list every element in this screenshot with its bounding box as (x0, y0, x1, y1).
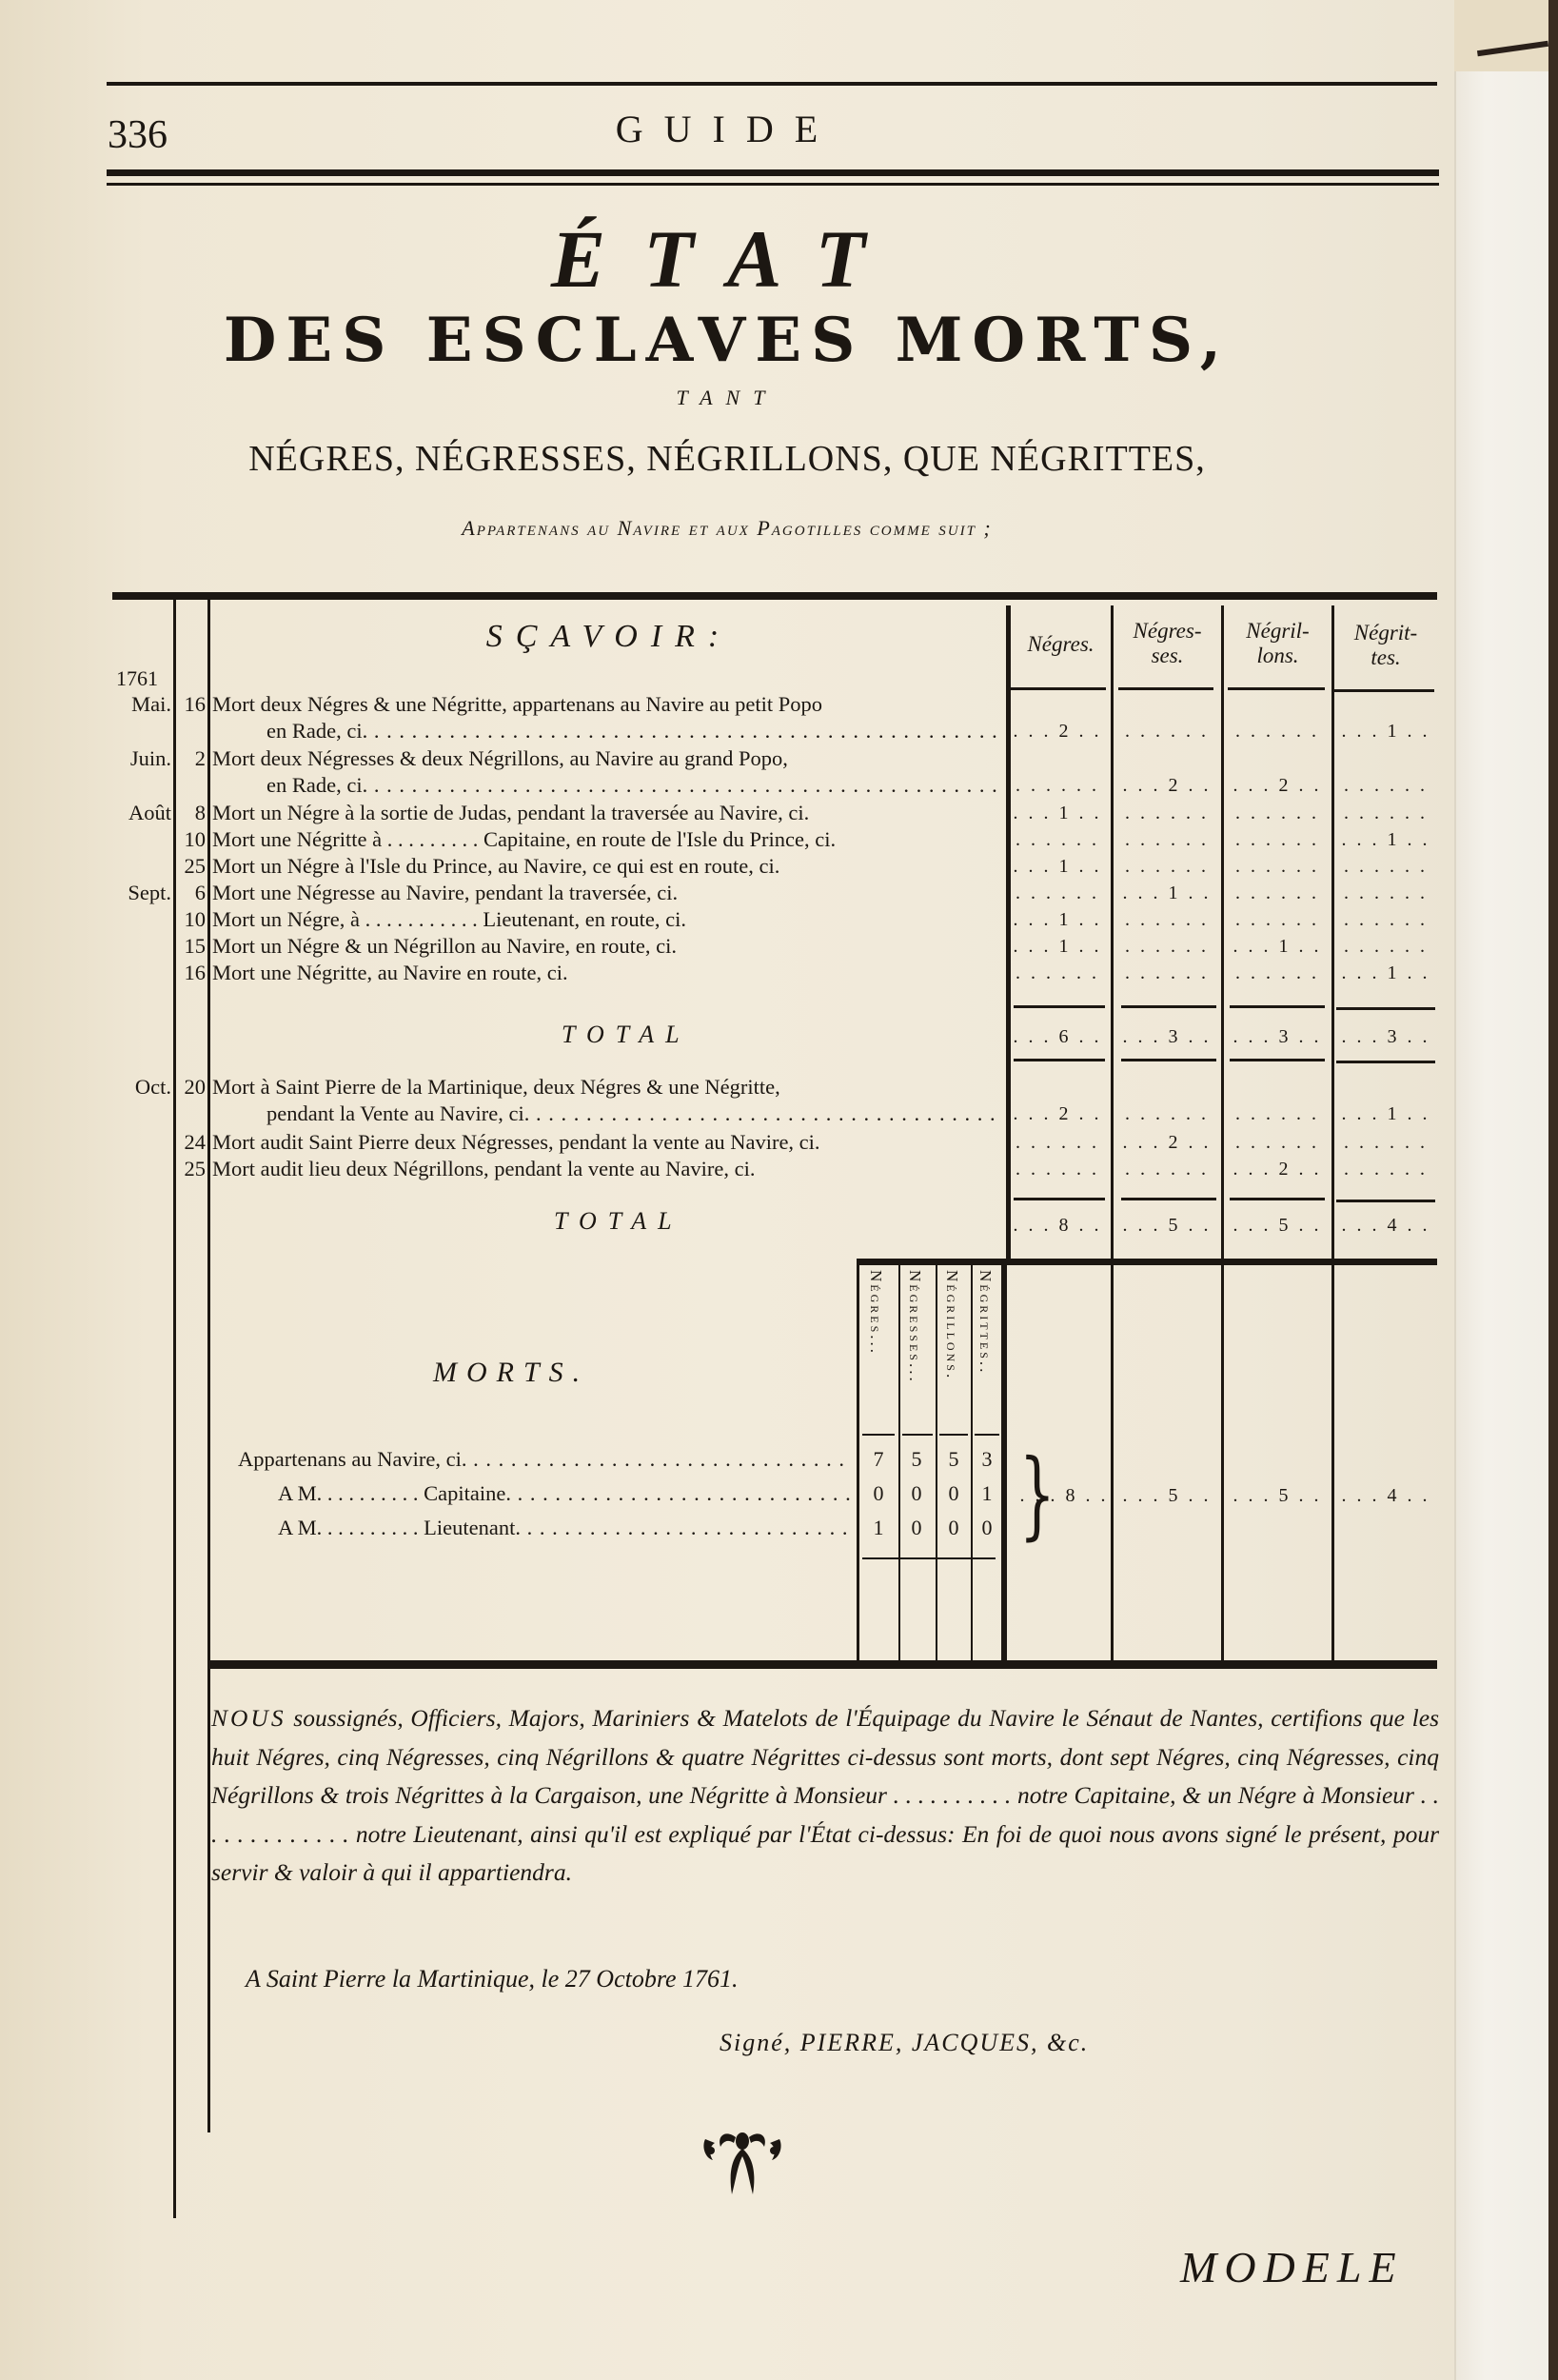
cell-negresses: . . . . . . (1114, 718, 1220, 744)
catchword: MODELE (1180, 2242, 1404, 2292)
morts-row-lieutenant: A M. . . . . . . . . . Lieutenant. (278, 1516, 852, 1540)
cell-negrittes: . . . . . . (1332, 1156, 1439, 1182)
cell-negrittes: . . . 1 . . (1332, 1101, 1439, 1127)
cell-negres: . . . 2 . . (1004, 718, 1111, 744)
morts-cell: 1 (973, 1481, 1001, 1506)
title-tant: TANT (0, 386, 1454, 410)
column-header-text: tes. (1371, 645, 1400, 669)
row-day: 8 (179, 800, 206, 826)
subtotal-label: TOTAL (562, 1021, 691, 1049)
morts-col-underline (939, 1434, 968, 1436)
title-categories: NÉGRES, NÉGRESSES, NÉGRILLONS, QUE NÉGRI… (0, 438, 1454, 480)
cell-negrillons: . . . . . . (1224, 718, 1331, 744)
row-day: 16 (179, 691, 206, 718)
row-day: 10 (179, 906, 206, 933)
row-description: Mort à Saint Pierre de la Martinique, de… (212, 1074, 1002, 1101)
title-subtitle: Appartenans au Navire et aux Pagotilles … (0, 516, 1454, 541)
cell-negres: . . . . . . (1004, 826, 1111, 853)
facing-page-corner (1454, 0, 1548, 71)
cell-negrittes: . . . . . . (1332, 800, 1439, 826)
cell-negrillons: . . . . . . (1224, 960, 1331, 986)
table-row: 15 Mort un Négre & un Négrillon au Navir… (0, 933, 1447, 960)
row-description: Mort un Négre, à . . . . . . . . . . . L… (212, 906, 1002, 933)
subtotal-rule (1336, 1007, 1435, 1010)
morts-cell: 0 (902, 1481, 931, 1506)
row-description: Mort audit lieu deux Négrillons, pendant… (212, 1156, 1002, 1182)
cell-negres: . . . . . . (1004, 960, 1111, 986)
top-rule (107, 82, 1437, 86)
column-header-text: lons. (1256, 644, 1298, 667)
subtotal-negrillons: . . . 3 . . (1224, 1026, 1331, 1048)
row-description-cont-text: en Rade, ci. (266, 719, 367, 743)
table-row: Juin. 2 Mort deux Négresses & deux Négri… (0, 745, 1447, 803)
table-row: 25 Mort audit lieu deux Négrillons, pend… (0, 1156, 1447, 1182)
column-header-negrittes: Négrit-tes. (1334, 621, 1437, 670)
cell-negresses: . . . . . . (1114, 1156, 1220, 1182)
cell-negres: . . . . . . (1004, 772, 1111, 799)
row-day: 2 (179, 745, 206, 772)
table-row: Août 8 Mort un Négre à la sortie de Juda… (0, 800, 1447, 826)
row-month: Oct. (116, 1074, 171, 1101)
morts-rule (936, 1262, 937, 1660)
cell-negresses: . . . . . . (1114, 960, 1220, 986)
column-header-underline (1118, 687, 1213, 690)
cell-negrillons: . . . . . . (1224, 1101, 1331, 1127)
subtotal-negrittes: . . . 3 . . (1332, 1026, 1439, 1048)
cell-negrillons: . . . . . . (1224, 826, 1331, 853)
title-des-esclaves-morts: DES ESCLAVES MORTS, (0, 305, 1454, 376)
table-top-rule (112, 592, 1437, 600)
fleuron-ornament-icon (700, 2128, 785, 2204)
row-day: 10 (179, 826, 206, 853)
subtotal-rule-below (1121, 1059, 1216, 1061)
column-header-negres: Négres. (1011, 632, 1111, 657)
year-label: 1761 (116, 666, 158, 691)
subtotal-negres: . . . 6 . . (1004, 1026, 1111, 1048)
table-bottom-rule (207, 1660, 1437, 1669)
cell-negresses: . . . . . . (1114, 853, 1220, 880)
column-header-text: ses. (1152, 644, 1184, 667)
row-description: Mort un Négre à la sortie de Judas, pend… (212, 800, 1002, 826)
table-heading-scavoir: SÇAVOIR: (209, 619, 1009, 655)
morts-cell: 7 (864, 1447, 893, 1472)
row-month: Août (116, 800, 171, 826)
row-description-cont: pendant la Vente au Navire, ci. (266, 1101, 1002, 1127)
cell-negrittes: . . . 1 . . (1332, 718, 1439, 744)
running-head: GUIDE (0, 107, 1454, 151)
header-rule-thin (107, 183, 1439, 186)
column-header-underline (1228, 687, 1325, 690)
morts-col-underline (902, 1434, 933, 1436)
total-rule (1230, 1198, 1325, 1200)
subtotal-negresses: . . . 3 . . (1114, 1026, 1220, 1048)
total-negrittes: . . . 4 . . (1332, 1215, 1439, 1237)
row-description: Mort une Négresse au Navire, pendant la … (212, 880, 1002, 906)
column-header-text: Négril- (1246, 619, 1309, 643)
morts-total-negrittes: . . . 4 . . (1332, 1485, 1439, 1507)
row-day: 25 (179, 853, 206, 880)
subtotal-rule-below (1336, 1061, 1435, 1063)
cell-negrittes: . . . . . . (1332, 853, 1439, 880)
row-description-cont-text: pendant la Vente au Navire, ci. (266, 1101, 529, 1125)
total-negres: . . . 8 . . (1004, 1215, 1111, 1237)
cell-negrillons: . . . 1 . . (1224, 933, 1331, 960)
morts-bottom-underline (862, 1557, 996, 1559)
cell-negres: . . . . . . (1004, 1129, 1111, 1156)
cell-negrillons: . . . . . . (1224, 906, 1331, 933)
cell-negrillons: . . . 2 . . (1224, 1156, 1331, 1182)
morts-cell: 1 (864, 1516, 893, 1540)
morts-total-negres: . . . 8 . . (1011, 1485, 1117, 1507)
morts-col-underline (975, 1434, 999, 1436)
total-rule (1336, 1200, 1435, 1202)
row-month: Mai. (116, 691, 171, 718)
table-row: 24 Mort audit Saint Pierre deux Négresse… (0, 1129, 1447, 1156)
table-row: Sept. 6 Mort une Négresse au Navire, pen… (0, 880, 1447, 906)
row-description: Mort un Négre à l'Isle du Prince, au Nav… (212, 853, 1002, 880)
total-rule (1014, 1198, 1105, 1200)
cell-negres: . . . 1 . . (1004, 933, 1111, 960)
cell-negres: . . . 1 . . (1004, 906, 1111, 933)
morts-total-negresses: . . . 5 . . (1114, 1485, 1220, 1507)
cell-negrittes: . . . . . . (1332, 772, 1439, 799)
cell-negrillons: . . . . . . (1224, 800, 1331, 826)
table-row: 10 Mort un Négre, à . . . . . . . . . . … (0, 906, 1447, 933)
cell-negrittes: . . . . . . (1332, 906, 1439, 933)
morts-row-label: A M. . . . . . . . . . Lieutenant. (278, 1516, 521, 1539)
cell-negresses: . . . . . . (1114, 1101, 1220, 1127)
place-date: A Saint Pierre la Martinique, le 27 Octo… (246, 1965, 739, 1993)
table-row: 16 Mort une Négritte, au Navire en route… (0, 960, 1447, 986)
title-etat: ÉTAT (0, 211, 1454, 307)
morts-col-negresses: Négresses... (905, 1270, 924, 1384)
cell-negres: . . . . . . (1004, 880, 1111, 906)
table-row: Mai. 16 Mort deux Négres & une Négritte,… (0, 691, 1447, 748)
row-day: 24 (179, 1129, 206, 1156)
subtotal-rule-below (1014, 1059, 1105, 1061)
fold-out-page-edge (1454, 71, 1551, 2380)
cell-negresses: . . . 2 . . (1114, 1129, 1220, 1156)
morts-row-navire: Appartenans au Navire, ci. (238, 1447, 852, 1472)
total-rule (1121, 1198, 1216, 1200)
morts-cell: 0 (939, 1516, 968, 1540)
subtotal-rule (1230, 1005, 1325, 1008)
table-row: Oct. 20 Mort à Saint Pierre de la Martin… (0, 1074, 1447, 1131)
subtotal-rule-below (1230, 1059, 1325, 1061)
row-day: 6 (179, 880, 206, 906)
book-edge (1548, 0, 1558, 2380)
cell-negrittes: . . . . . . (1332, 1129, 1439, 1156)
row-month: Juin. (116, 745, 171, 772)
certification-lead: NOUS (211, 1704, 286, 1732)
morts-cell: 5 (939, 1447, 968, 1472)
morts-total-negrillons: . . . 5 . . (1224, 1485, 1331, 1507)
cell-negrittes: . . . 1 . . (1332, 960, 1439, 986)
subtotal-rule (1014, 1005, 1105, 1008)
row-description: Mort audit Saint Pierre deux Négresses, … (212, 1129, 1002, 1156)
morts-cell: 3 (973, 1447, 1001, 1472)
column-header-negrillons: Négril-lons. (1224, 619, 1331, 668)
morts-col-negres: Négres... (866, 1270, 885, 1356)
column-header-text: Négrit- (1354, 621, 1417, 645)
row-description: Mort une Négritte à . . . . . . . . . Ca… (212, 826, 1002, 853)
row-description: Mort deux Négresses & deux Négrillons, a… (212, 745, 1002, 772)
table-row: 25 Mort un Négre à l'Isle du Prince, au … (0, 853, 1447, 880)
morts-row-capitaine: A M. . . . . . . . . . Capitaine. (278, 1481, 852, 1506)
morts-heading: MORTS. (433, 1357, 589, 1389)
cell-negresses: . . . . . . (1114, 906, 1220, 933)
morts-cell: 0 (939, 1481, 968, 1506)
cell-negrillons: . . . . . . (1224, 853, 1331, 880)
row-month: Sept. (116, 880, 171, 906)
cell-negres: . . . 1 . . (1004, 800, 1111, 826)
column-header-text: Négres. (1027, 632, 1094, 656)
cell-negresses: . . . 1 . . (1114, 880, 1220, 906)
row-day: 16 (179, 960, 206, 986)
total-negresses: . . . 5 . . (1114, 1215, 1220, 1237)
morts-row-label: A M. . . . . . . . . . Capitaine. (278, 1481, 511, 1505)
cell-negrillons: . . . . . . (1224, 1129, 1331, 1156)
morts-cell: 5 (902, 1447, 931, 1472)
row-description-cont: en Rade, ci. (266, 772, 1002, 799)
cell-negres: . . . 1 . . (1004, 853, 1111, 880)
row-description-cont: en Rade, ci. (266, 718, 1002, 744)
cell-negrillons: . . . 2 . . (1224, 772, 1331, 799)
certification-paragraph: NOUS soussignés, Officiers, Majors, Mari… (211, 1699, 1439, 1893)
cell-negrittes: . . . 1 . . (1332, 826, 1439, 853)
cell-negresses: . . . 2 . . (1114, 772, 1220, 799)
morts-rule-thick (1001, 1262, 1007, 1660)
cell-negrillons: . . . . . . (1224, 880, 1331, 906)
row-description: Mort un Négre & un Négrillon au Navire, … (212, 933, 1002, 960)
total-label: TOTAL (554, 1207, 683, 1236)
morts-rule (857, 1262, 859, 1660)
row-description: Mort deux Négres & une Négritte, apparte… (212, 691, 1002, 718)
table-row: 10 Mort une Négritte à . . . . . . . . .… (0, 826, 1447, 853)
morts-cell: 0 (973, 1516, 1001, 1540)
cell-negres: . . . . . . (1004, 1156, 1111, 1182)
morts-col-negrillons: Négrillons. (942, 1270, 961, 1380)
cell-negrittes: . . . . . . (1332, 933, 1439, 960)
cell-negresses: . . . . . . (1114, 800, 1220, 826)
morts-row-label: Appartenans au Navire, ci. (238, 1447, 467, 1471)
column-header-underline (1011, 687, 1106, 690)
row-description: Mort une Négritte, au Navire en route, c… (212, 960, 1002, 986)
morts-col-underline (862, 1434, 895, 1436)
cell-negresses: . . . . . . (1114, 933, 1220, 960)
header-rule-thick (107, 169, 1439, 176)
morts-col-negrittes: Négrittes.. (976, 1270, 995, 1375)
subtotal-rule (1121, 1005, 1216, 1008)
morts-rule (898, 1262, 900, 1660)
total-negrillons: . . . 5 . . (1224, 1215, 1331, 1237)
certification-text: soussignés, Officiers, Majors, Mariniers… (211, 1704, 1439, 1886)
row-description-cont-text: en Rade, ci. (266, 773, 367, 797)
cell-negrittes: . . . . . . (1332, 880, 1439, 906)
column-header-negresses: Négres-ses. (1114, 619, 1221, 668)
row-day: 20 (179, 1074, 206, 1101)
column-header-text: Négres- (1134, 619, 1202, 643)
morts-section-top-rule (857, 1259, 1437, 1265)
signature: Signé, PIERRE, JACQUES, &c. (720, 2029, 1089, 2057)
cell-negres: . . . 2 . . (1004, 1101, 1111, 1127)
row-day: 25 (179, 1156, 206, 1182)
morts-cell: 0 (902, 1516, 931, 1540)
row-day: 15 (179, 933, 206, 960)
morts-cell: 0 (864, 1481, 893, 1506)
cell-negresses: . . . . . . (1114, 826, 1220, 853)
